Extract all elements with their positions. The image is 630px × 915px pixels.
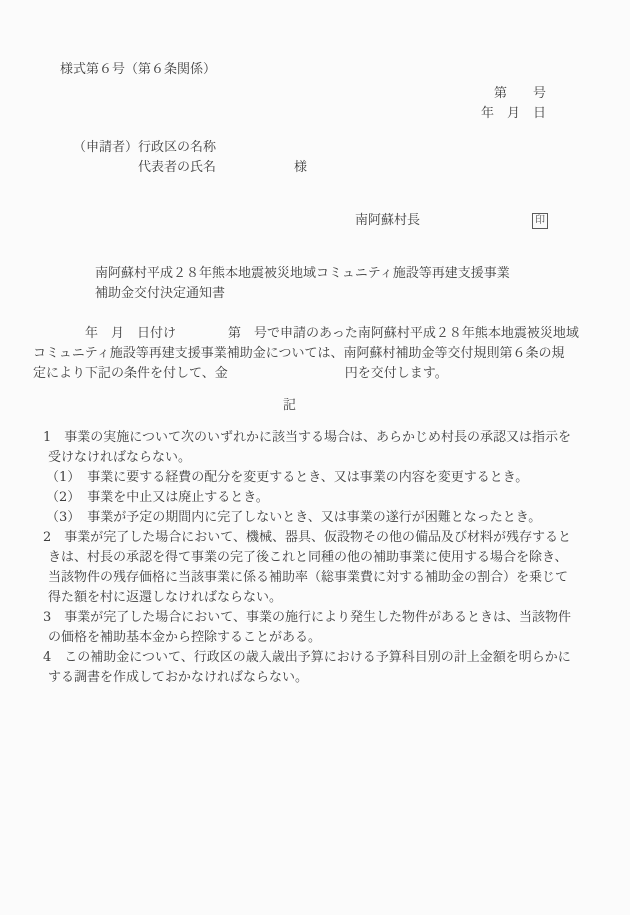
condition-4-number: 4 <box>43 650 51 665</box>
condition-item-3: 3事業が完了した場合において、事業の施行により発生した物件があるときは、当該物件… <box>0 608 630 648</box>
condition-4-text: この補助金について、行政区の歳入歳出予算における予算科目別の計上金額を明らかに <box>64 650 570 665</box>
subitem-2-number: （2） <box>46 490 80 505</box>
condition-item-4: 4この補助金について、行政区の歳入歳出予算における予算科目別の計上金額を明らかに… <box>0 648 630 688</box>
subitem-3-text: 事業が予定の期間内に完了しないとき、又は事業の遂行が困難となったとき。 <box>87 510 541 525</box>
condition-2-line-1: 2事業が完了した場合において、機械、器具、仮設物その他の備品及び材料が残存すると <box>48 528 630 548</box>
document-title: 南阿蘇村平成２８年熊本地震被災地域コミュニティ施設等再建支援事業 補助金交付決定… <box>95 264 630 304</box>
subitem-3-number: （3） <box>46 510 80 525</box>
condition-4-line-1: 4この補助金について、行政区の歳入歳出予算における予算科目別の計上金額を明らかに <box>48 648 630 668</box>
condition-1-text: 事業の実施について次のいずれかに該当する場合は、あらかじめ村長の承認又は指示を <box>64 430 571 445</box>
mayor-signature-line: 南阿蘇村長印 <box>355 211 630 231</box>
conditions-list: 1事業の実施について次のいずれかに該当する場合は、あらかじめ村長の承認又は指示を… <box>0 428 630 688</box>
condition-1-number: 1 <box>43 430 51 445</box>
applicant-district-name-line: （申請者）行政区の名称 <box>73 138 630 158</box>
body-paragraph: 年 月 日付け 第 号で申請のあった南阿蘇村平成２８年熊本地震被災地域 コミュニ… <box>33 324 630 384</box>
condition-2-number: 2 <box>43 530 51 545</box>
condition-1-line-1: 1事業の実施について次のいずれかに該当する場合は、あらかじめ村長の承認又は指示を <box>48 428 630 448</box>
applicant-block: （申請者）行政区の名称 代表者の氏名 様 <box>73 138 630 178</box>
condition-1-subitem-3: （3）事業が予定の期間内に完了しないとき、又は事業の遂行が困難となったとき。 <box>46 508 630 528</box>
condition-2-text: 事業が完了した場合において、機械、器具、仮設物その他の備品及び材料が残存すると <box>64 530 571 545</box>
title-line-1: 南阿蘇村平成２８年熊本地震被災地域コミュニティ施設等再建支援事業 <box>95 264 630 284</box>
title-line-2: 補助金交付決定通知書 <box>95 284 630 304</box>
subitem-1-text: 事業に要する経費の配分を変更するとき、又は事業の内容を変更するとき。 <box>87 470 528 485</box>
doc-date-placeholder: 年 月 日 <box>0 104 546 124</box>
condition-4-line-2: する調書を作成しておかなければならない。 <box>48 668 630 688</box>
body-line-3: 定により下記の条件を付して、金 円を交付します。 <box>33 364 630 384</box>
condition-3-line-1: 3事業が完了した場合において、事業の施行により発生した物件があるときは、当該物件 <box>48 608 630 628</box>
doc-number-date-block: 第 号 年 月 日 <box>0 84 630 124</box>
form-number-label: 様式第６号（第６条関係） <box>60 60 630 80</box>
ki-heading: 記 <box>283 396 630 416</box>
subitem-1-number: （1） <box>46 470 80 485</box>
condition-item-1: 1事業の実施について次のいずれかに該当する場合は、あらかじめ村長の承認又は指示を… <box>0 428 630 528</box>
subitem-2-text: 事業を中止又は廃止するとき。 <box>87 490 268 505</box>
condition-1-subitem-2: （2）事業を中止又は廃止するとき。 <box>46 488 630 508</box>
doc-number-placeholder: 第 号 <box>0 84 546 104</box>
seal-mark: 印 <box>532 213 548 229</box>
applicant-representative-line: 代表者の氏名 様 <box>73 158 630 178</box>
mayor-title: 南阿蘇村長 <box>355 213 420 228</box>
condition-1-line-2: 受けなければならない。 <box>48 448 630 468</box>
body-line-1: 年 月 日付け 第 号で申請のあった南阿蘇村平成２８年熊本地震被災地域 <box>33 324 630 344</box>
condition-2-line-2: きは、村長の承認を得て事業の完了後これと同種の他の補助事業に使用する場合を除き、 <box>48 548 630 568</box>
body-line-2: コミュニティ施設等再建支援事業補助金については、南阿蘇村補助金等交付規則第６条の… <box>33 344 630 364</box>
condition-3-text: 事業が完了した場合において、事業の施行により発生した物件があるときは、当該物件 <box>64 610 571 625</box>
document-page: 様式第６号（第６条関係） 第 号 年 月 日 （申請者）行政区の名称 代表者の氏… <box>0 0 630 915</box>
condition-2-line-3: 当該物件の残存価格に当該事業に係る補助率（総事業費に対する補助金の割合）を乗じて <box>48 568 630 588</box>
condition-3-line-2: の価格を補助基本金から控除することがある。 <box>48 628 630 648</box>
condition-2-line-4: 得た額を村に返還しなければならない。 <box>48 588 630 608</box>
condition-3-number: 3 <box>43 610 51 625</box>
condition-item-2: 2事業が完了した場合において、機械、器具、仮設物その他の備品及び材料が残存すると… <box>0 528 630 608</box>
condition-1-subitem-1: （1）事業に要する経費の配分を変更するとき、又は事業の内容を変更するとき。 <box>46 468 630 488</box>
